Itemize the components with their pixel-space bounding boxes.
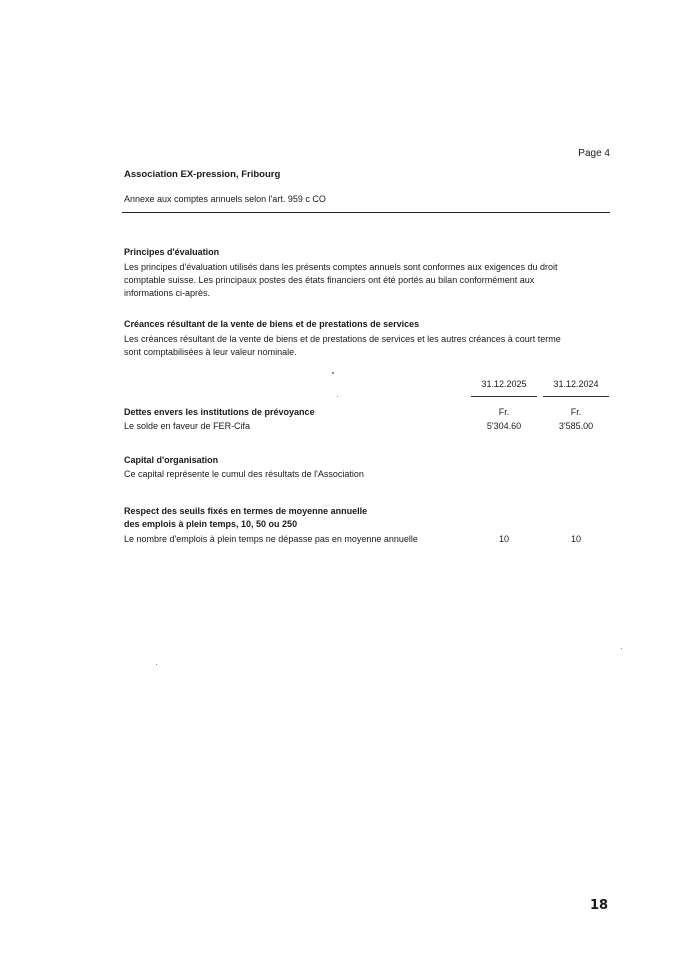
value-2025-fer-cifa: 5'304.60: [471, 421, 537, 431]
section-text-principes: Les principes d'évaluation utilisés dans…: [124, 261, 574, 300]
section-title-seuils-line1: Respect des seuils fixés en termes de mo…: [124, 506, 367, 516]
column-header-2025: 31.12.2025: [471, 379, 537, 389]
section-title-principes: Principes d'évaluation: [124, 247, 219, 257]
value-2024-fer-cifa: 3'585.00: [543, 421, 609, 431]
value-2025-emplois: 10: [471, 534, 537, 544]
value-2024-emplois: 10: [543, 534, 609, 544]
page-label: Page 4: [560, 148, 610, 159]
section-title-capital: Capital d'organisation: [124, 455, 218, 465]
scan-speck: [621, 648, 622, 649]
column-underline-2025: [471, 396, 537, 397]
currency-2025: Fr.: [471, 407, 537, 417]
column-header-2024: 31.12.2024: [543, 379, 609, 389]
section-title-seuils-line2: des emplois à plein temps, 10, 50 ou 250: [124, 519, 297, 529]
row-label-fer-cifa: Le solde en faveur de FER-Cifa: [124, 421, 250, 431]
organization-name: Association EX-pression, Fribourg: [124, 169, 280, 180]
scan-speck: [156, 664, 157, 665]
section-text-creances: Les créances résultant de la vente de bi…: [124, 333, 574, 359]
header-divider: [122, 212, 610, 213]
section-text-capital: Ce capital représente le cumul des résul…: [124, 469, 364, 479]
currency-2024: Fr.: [543, 407, 609, 417]
section-title-creances: Créances résultant de la vente de biens …: [124, 319, 419, 329]
section-title-dettes: Dettes envers les institutions de prévoy…: [124, 407, 315, 417]
scan-speck: [337, 396, 338, 397]
column-underline-2024: [543, 396, 609, 397]
document-subtitle: Annexe aux comptes annuels selon l'art. …: [124, 194, 326, 204]
page-number: 18: [590, 898, 608, 913]
scan-speck: [332, 372, 334, 374]
row-label-emplois: Le nombre d'emplois à plein temps ne dép…: [124, 534, 418, 544]
